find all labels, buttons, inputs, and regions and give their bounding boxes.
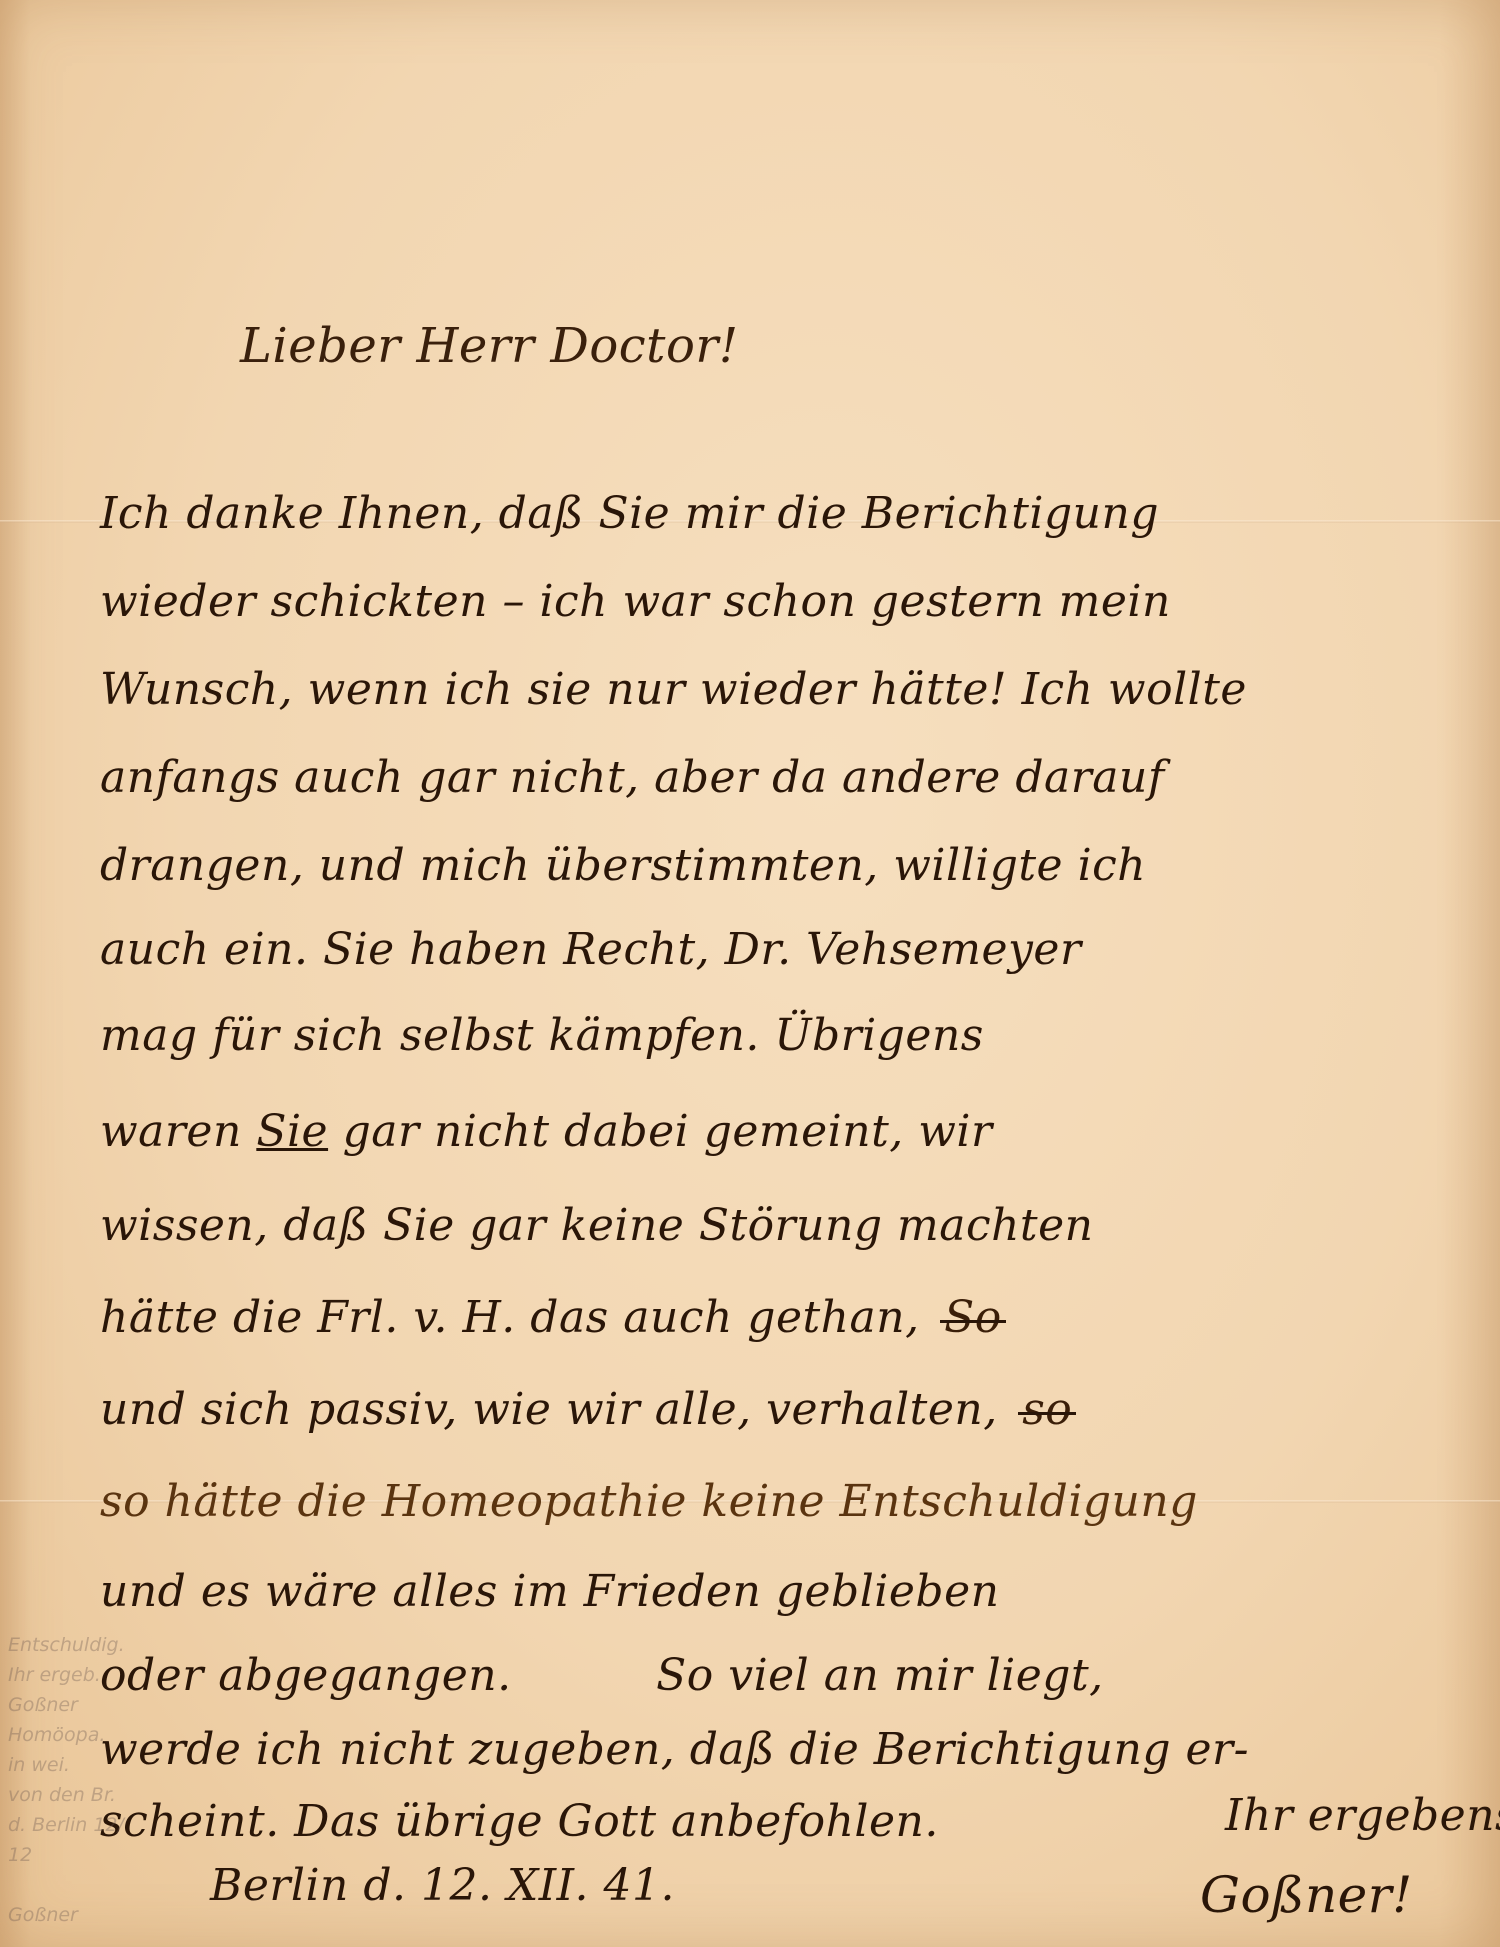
letter-line: oder abgegangen. So viel an mir liegt, — [100, 1650, 1480, 1701]
margin-pencil-notes: Entschuldig. Ihr ergeb. Goßner Homöopa. … — [8, 1630, 228, 1930]
letter-line: und sich passiv, wie wir alle, verhalten… — [100, 1384, 1480, 1435]
letter-text: So viel an mir liegt, — [656, 1650, 1104, 1701]
closing-phrase: Ihr ergebenster — [1225, 1790, 1500, 1841]
letter-line: anfangs auch gar nicht, aber da andere d… — [100, 752, 1480, 803]
letter-line: hätte die Frl. v. H. das auch gethan, So — [100, 1292, 1480, 1343]
pencil-note: Ihr ergeb. — [8, 1660, 228, 1690]
letter-line: und es wäre alles im Frieden geblieben — [100, 1566, 1480, 1617]
letter-line: wissen, daß Sie gar keine Störung machte… — [100, 1200, 1480, 1251]
pencil-note: von den Br. — [8, 1780, 228, 1810]
pencil-note: Entschuldig. — [8, 1630, 228, 1660]
salutation: Lieber Herr Doctor! — [240, 318, 739, 374]
letter-line: auch ein. Sie haben Recht, Dr. Vehsemeye… — [100, 924, 1480, 975]
letter-line: so hätte die Homeopathie keine Entschuld… — [100, 1476, 1480, 1527]
letter-text: und sich passiv, wie wir alle, verhalten… — [100, 1384, 998, 1435]
letter-line: Wunsch, wenn ich sie nur wieder hätte! I… — [100, 664, 1480, 715]
pencil-note: Goßner — [8, 1900, 228, 1930]
pencil-note: d. Berlin 12/ — [8, 1810, 228, 1840]
letter-line: werde ich nicht zugeben, daß die Bericht… — [100, 1724, 1480, 1775]
letter-paper: Lieber Herr Doctor! Ich danke Ihnen, daß… — [0, 0, 1500, 1947]
pencil-note: in wei. — [8, 1750, 228, 1780]
letter-line: drangen, und mich überstimmten, willigte… — [100, 840, 1480, 891]
letter-line: mag für sich selbst kämpfen. Übrigens — [100, 1010, 1480, 1061]
place-date: Berlin d. 12. XII. 41. — [210, 1860, 675, 1911]
letter-line: waren Sie gar nicht dabei gemeint, wir — [100, 1106, 1480, 1157]
letter-word: gar nicht dabei gemeint, wir — [343, 1106, 993, 1157]
letter-text: hätte die Frl. v. H. das auch gethan, — [100, 1292, 920, 1343]
underlined-word: Sie — [256, 1106, 328, 1157]
struck-out-word: so — [1022, 1384, 1072, 1435]
letter-line: wieder schickten – ich war schon gestern… — [100, 576, 1480, 627]
letter-line: scheint. Das übrige Gott anbefohlen. — [100, 1796, 1200, 1847]
pencil-note: Homöopa. — [8, 1720, 228, 1750]
pencil-note: Goßner — [8, 1690, 228, 1720]
struck-out-word: So — [944, 1292, 1002, 1343]
letter-line: Ich danke Ihnen, daß Sie mir die Bericht… — [100, 488, 1480, 539]
signature: Goßner! — [1200, 1866, 1413, 1924]
letter-word: waren — [100, 1106, 242, 1157]
pencil-note: 12 — [8, 1840, 228, 1870]
